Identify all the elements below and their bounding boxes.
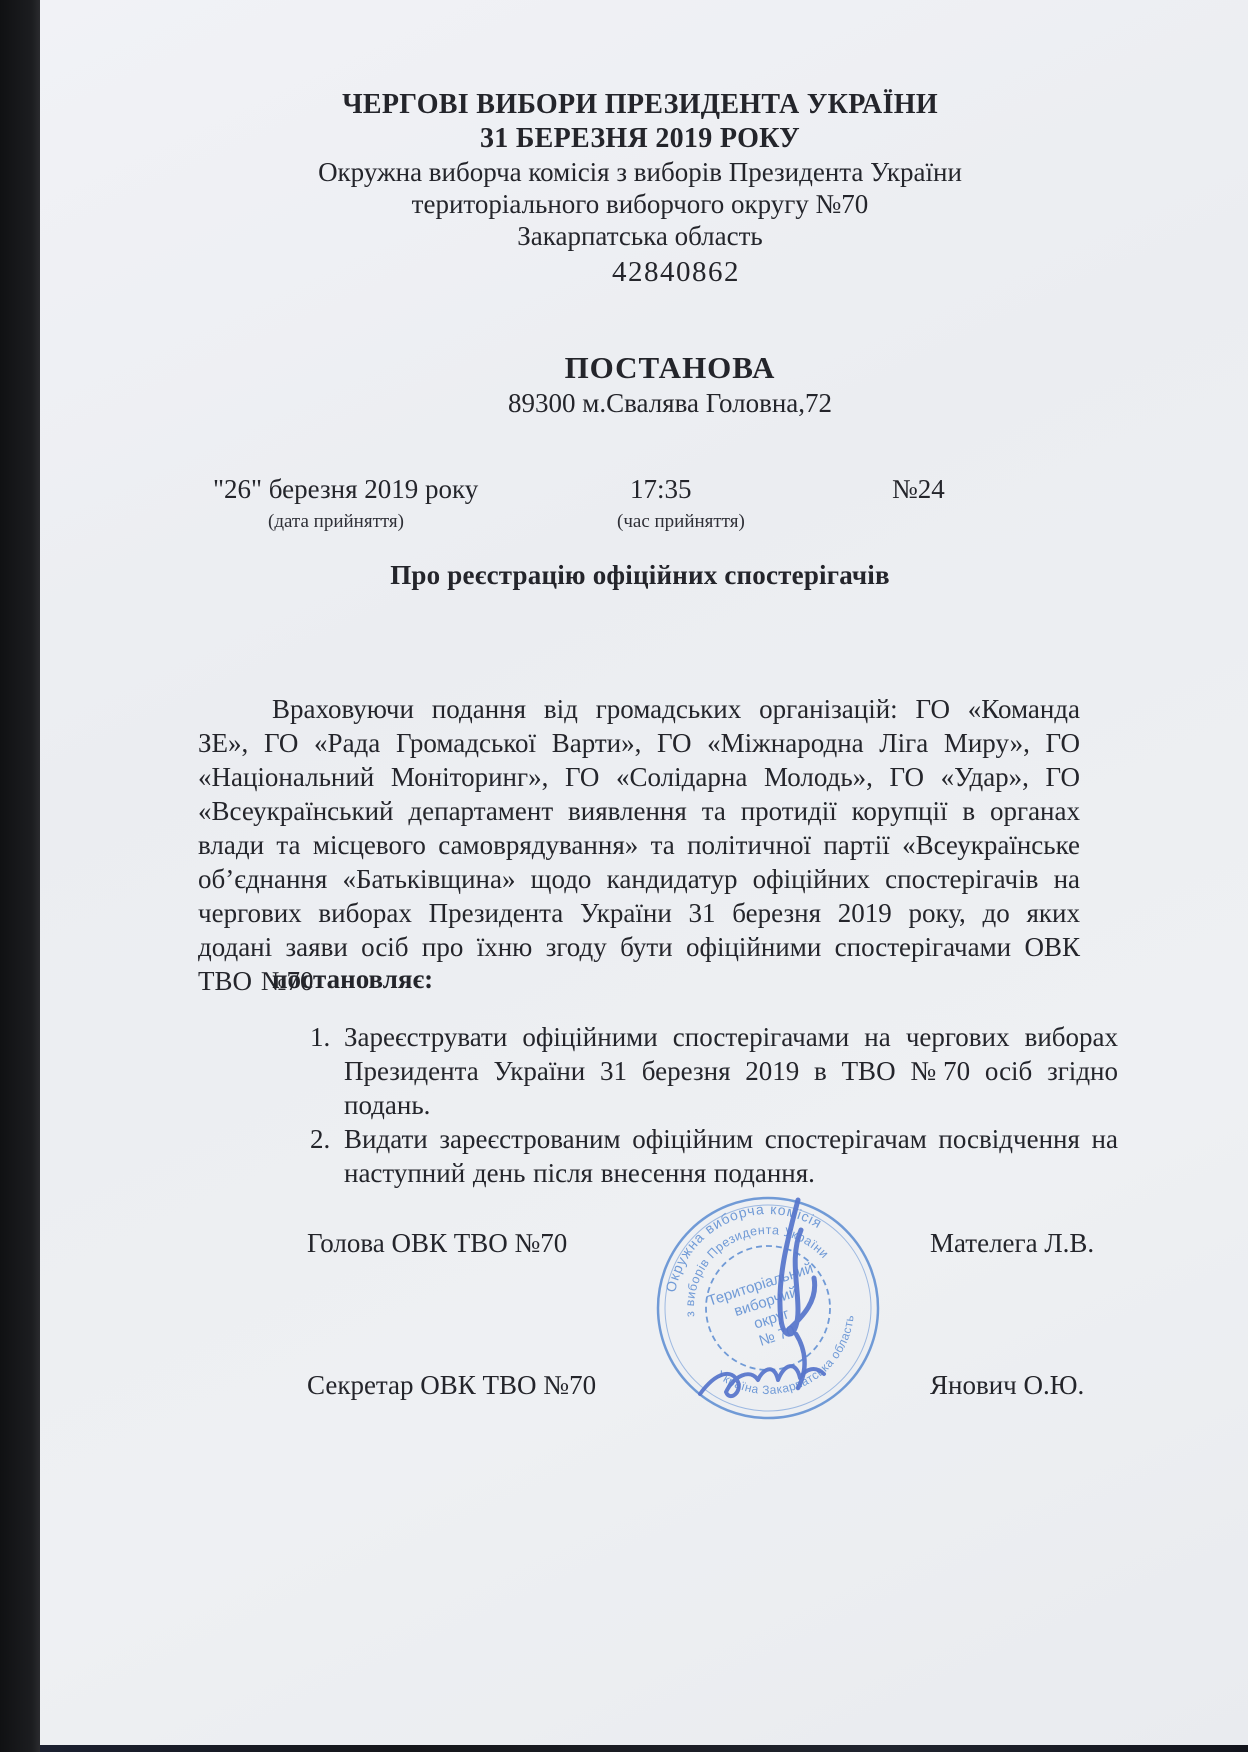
resolution-item: Зареєструвати офіційними спостерігачами … [338,1020,1118,1122]
body-paragraph: Враховуючи подання від громадських орган… [198,692,1080,998]
document-title: ПОСТАНОВА [132,350,1208,386]
resolutions-list: Зареєструвати офіційними спостерігачами … [300,1020,1118,1190]
header-district: територіального виборчого округу №70 [40,188,1240,220]
scan-edge-bottom [40,1745,1248,1752]
header-election-date: 31 БЕРЕЗНЯ 2019 РОКУ [40,122,1240,156]
document-address: 89300 м.Свалява Головна,72 [132,386,1208,420]
signature-name-secretary: Янович О.Ю. [930,1370,1084,1401]
signature-name-head: Мателега Л.В. [930,1228,1094,1259]
resolution-item: Видати зареєстрованим офіційним спостері… [338,1122,1118,1190]
document-title-block: ПОСТАНОВА 89300 м.Свалява Головна,72 [132,350,1208,420]
stamp-seal-graphic: Окружна виборча комісія з виборів Презид… [648,1184,888,1432]
stamp-center-text: Територіальний виборчий округ № 70 [705,1260,832,1362]
document-header: ЧЕРГОВІ ВИБОРИ ПРЕЗИДЕНТА УКРАЇНИ 31 БЕР… [40,88,1240,289]
meta-date-caption: (дата прийняття) [268,511,404,533]
meta-document-number: №24 [892,474,945,505]
meta-time-value: 17:35 [630,474,692,505]
header-region: Закарпатська область [40,220,1240,252]
header-commission: Окружна виборча комісія з виборів Презид… [40,156,1240,188]
meta-time-caption: (час прийняття) [617,511,745,533]
resolves-label: постановляє: [272,964,433,995]
official-stamp: Окружна виборча комісія з виборів Презид… [648,1184,888,1432]
header-election-title: ЧЕРГОВІ ВИБОРИ ПРЕЗИДЕНТА УКРАЇНИ [40,88,1240,122]
header-code: 42840862 [40,255,1240,289]
meta-date-value: "26" березня 2019 року [213,474,478,505]
document-subject: Про реєстрацію офіційних спостерігачів [40,560,1240,591]
signature-role-head: Голова ОВК ТВО №70 [307,1228,567,1259]
scan-edge-left [0,0,40,1752]
signature-role-secretary: Секретар ОВК ТВО №70 [307,1370,596,1401]
